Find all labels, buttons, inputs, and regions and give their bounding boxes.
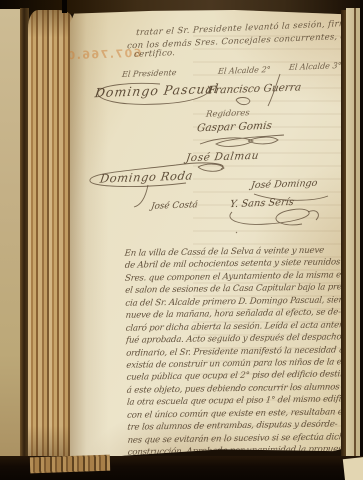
signature-flourish	[90, 76, 220, 110]
page-stack-bottom	[30, 455, 111, 474]
signature-flourish	[198, 132, 288, 150]
signature-flourish	[222, 206, 322, 242]
book-page: 607.766.0 tratar el Sr. Presidente levan…	[70, 10, 344, 462]
closing-note-line: certifico.	[134, 48, 176, 60]
binding-mark	[62, 0, 67, 13]
signature-jose-costa: José Costá	[150, 200, 198, 212]
official-title-alcalde-3: El Alcalde 3°	[289, 61, 342, 72]
signature-rubric	[266, 72, 296, 108]
page-stack-edges	[28, 10, 72, 472]
official-title-alcalde-2: El Alcalde 2°	[218, 65, 271, 76]
facing-page-sliver	[346, 8, 354, 464]
loose-page-corner	[343, 457, 363, 480]
book-cover-edge	[0, 9, 22, 469]
manuscript-photo: 607.766.0 tratar el Sr. Presidente levan…	[0, 0, 363, 480]
minutes-text: En la villa de Cassá de la Selva á veint…	[124, 245, 345, 460]
councillors-heading: Regidores	[205, 108, 250, 120]
